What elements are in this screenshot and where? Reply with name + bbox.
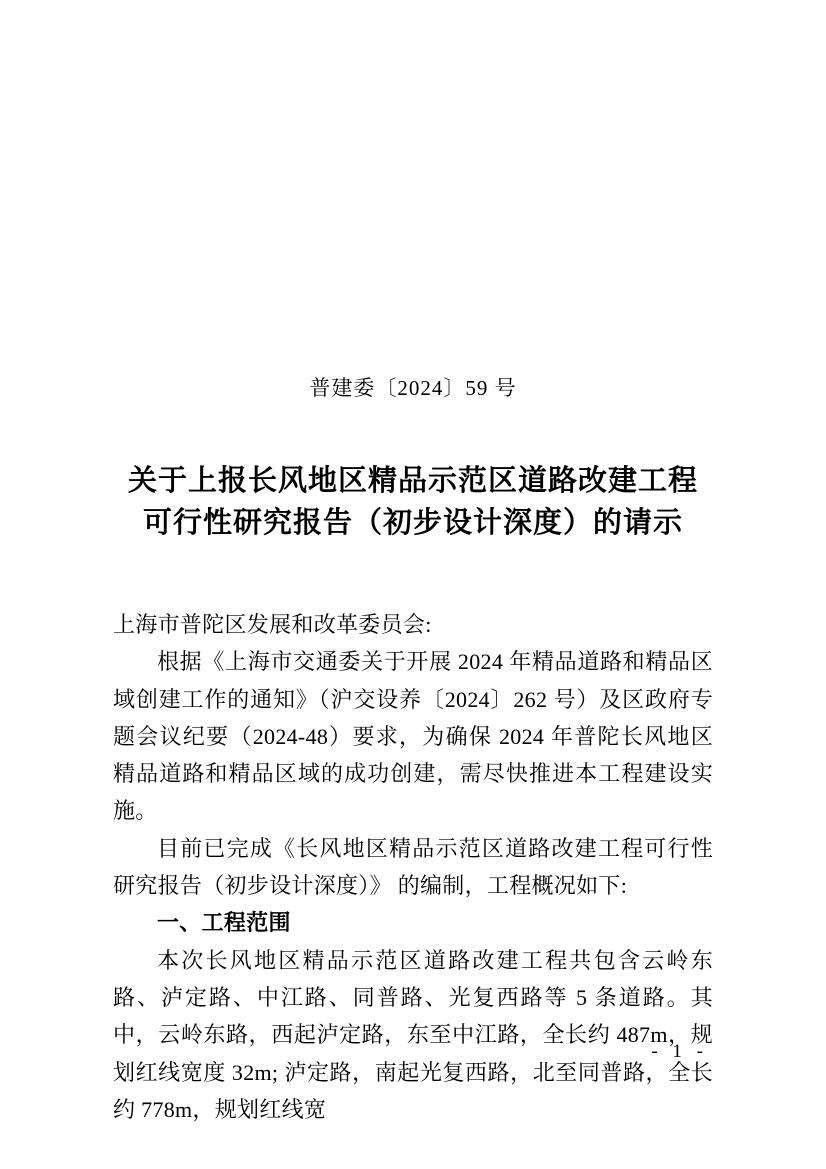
section-heading-project-scope: 一、工程范围 <box>113 904 713 941</box>
salutation: 上海市普陀区发展和改革委员会: <box>113 606 713 643</box>
document-reference-number: 普建委〔2024〕59 号 <box>0 374 826 402</box>
document-page: 普建委〔2024〕59 号 关于上报长风地区精品示范区道路改建工程 可行性研究报… <box>0 0 826 1169</box>
document-body: 上海市普陀区发展和改革委员会: 根据《上海市交通委关于开展 2024 年精品道路… <box>113 606 713 1128</box>
paragraph-basis: 根据《上海市交通委关于开展 2024 年精品道路和精品区域创建工作的通知》（沪交… <box>113 643 713 829</box>
paragraph-report-completed: 目前已完成《长风地区精品示范区道路改建工程可行性研究报告（初步设计深度）》 的编… <box>113 830 713 905</box>
document-title-line-2: 可行性研究报告（初步设计深度）的请示 <box>63 502 763 544</box>
paragraph-project-scope: 本次长风地区精品示范区道路改建工程共包含云岭东路、泸定路、中江路、同普路、光复西… <box>113 942 713 1128</box>
document-title: 关于上报长风地区精品示范区道路改建工程 可行性研究报告（初步设计深度）的请示 <box>63 460 763 544</box>
page-number: - 1 - <box>651 1041 708 1063</box>
document-title-line-1: 关于上报长风地区精品示范区道路改建工程 <box>63 460 763 502</box>
